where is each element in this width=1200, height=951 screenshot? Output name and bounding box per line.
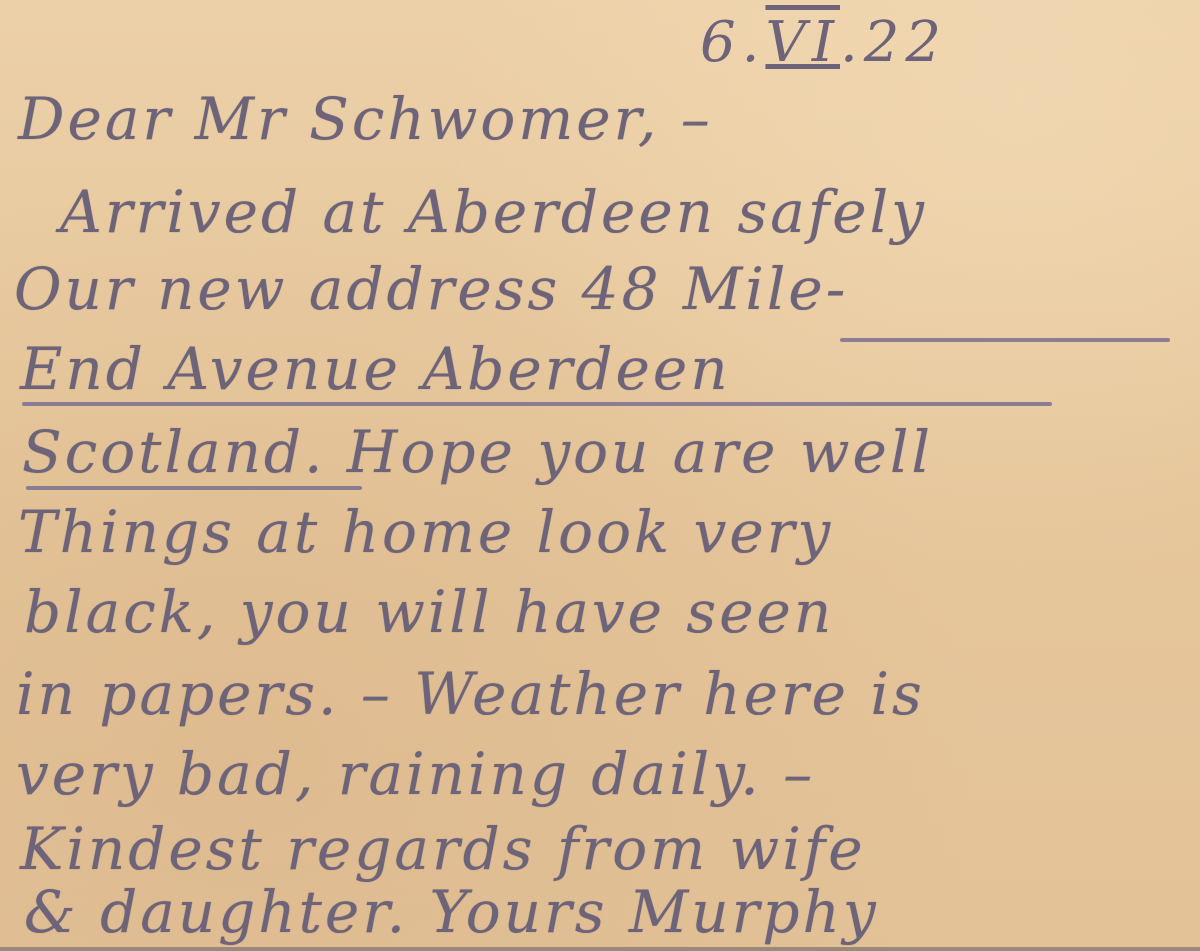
text-line-5: Things at home look very xyxy=(18,498,833,566)
date-month: VI xyxy=(765,10,840,75)
card-edge xyxy=(0,947,1200,951)
closing-line: & daughter. Yours Murphy xyxy=(24,878,879,946)
text-line-1: Arrived at Aberdeen safely xyxy=(60,178,927,246)
text-line-3: End Avenue Aberdeen xyxy=(20,335,731,403)
postcard: 6.VI.22 Dear Mr Schwomer, – Arrived at A… xyxy=(0,0,1200,951)
underline-48-mile xyxy=(840,338,1170,342)
date: 6.VI.22 xyxy=(700,10,947,75)
underline-address xyxy=(22,402,1052,406)
salutation: Dear Mr Schwomer, – xyxy=(18,85,713,153)
text-line-2: Our new address 48 Mile- xyxy=(14,255,848,323)
date-day: 6. xyxy=(700,10,765,75)
text-line-4: Scotland. Hope you are well xyxy=(22,418,933,486)
text-line-6: black, you will have seen xyxy=(24,578,834,646)
text-line-9: Kindest regards from wife xyxy=(20,815,866,883)
text-line-7: in papers. – Weather here is xyxy=(16,660,925,728)
text-line-8: very bad, raining daily. – xyxy=(16,740,815,808)
underline-scotland xyxy=(26,486,362,490)
date-year: .22 xyxy=(840,10,947,75)
